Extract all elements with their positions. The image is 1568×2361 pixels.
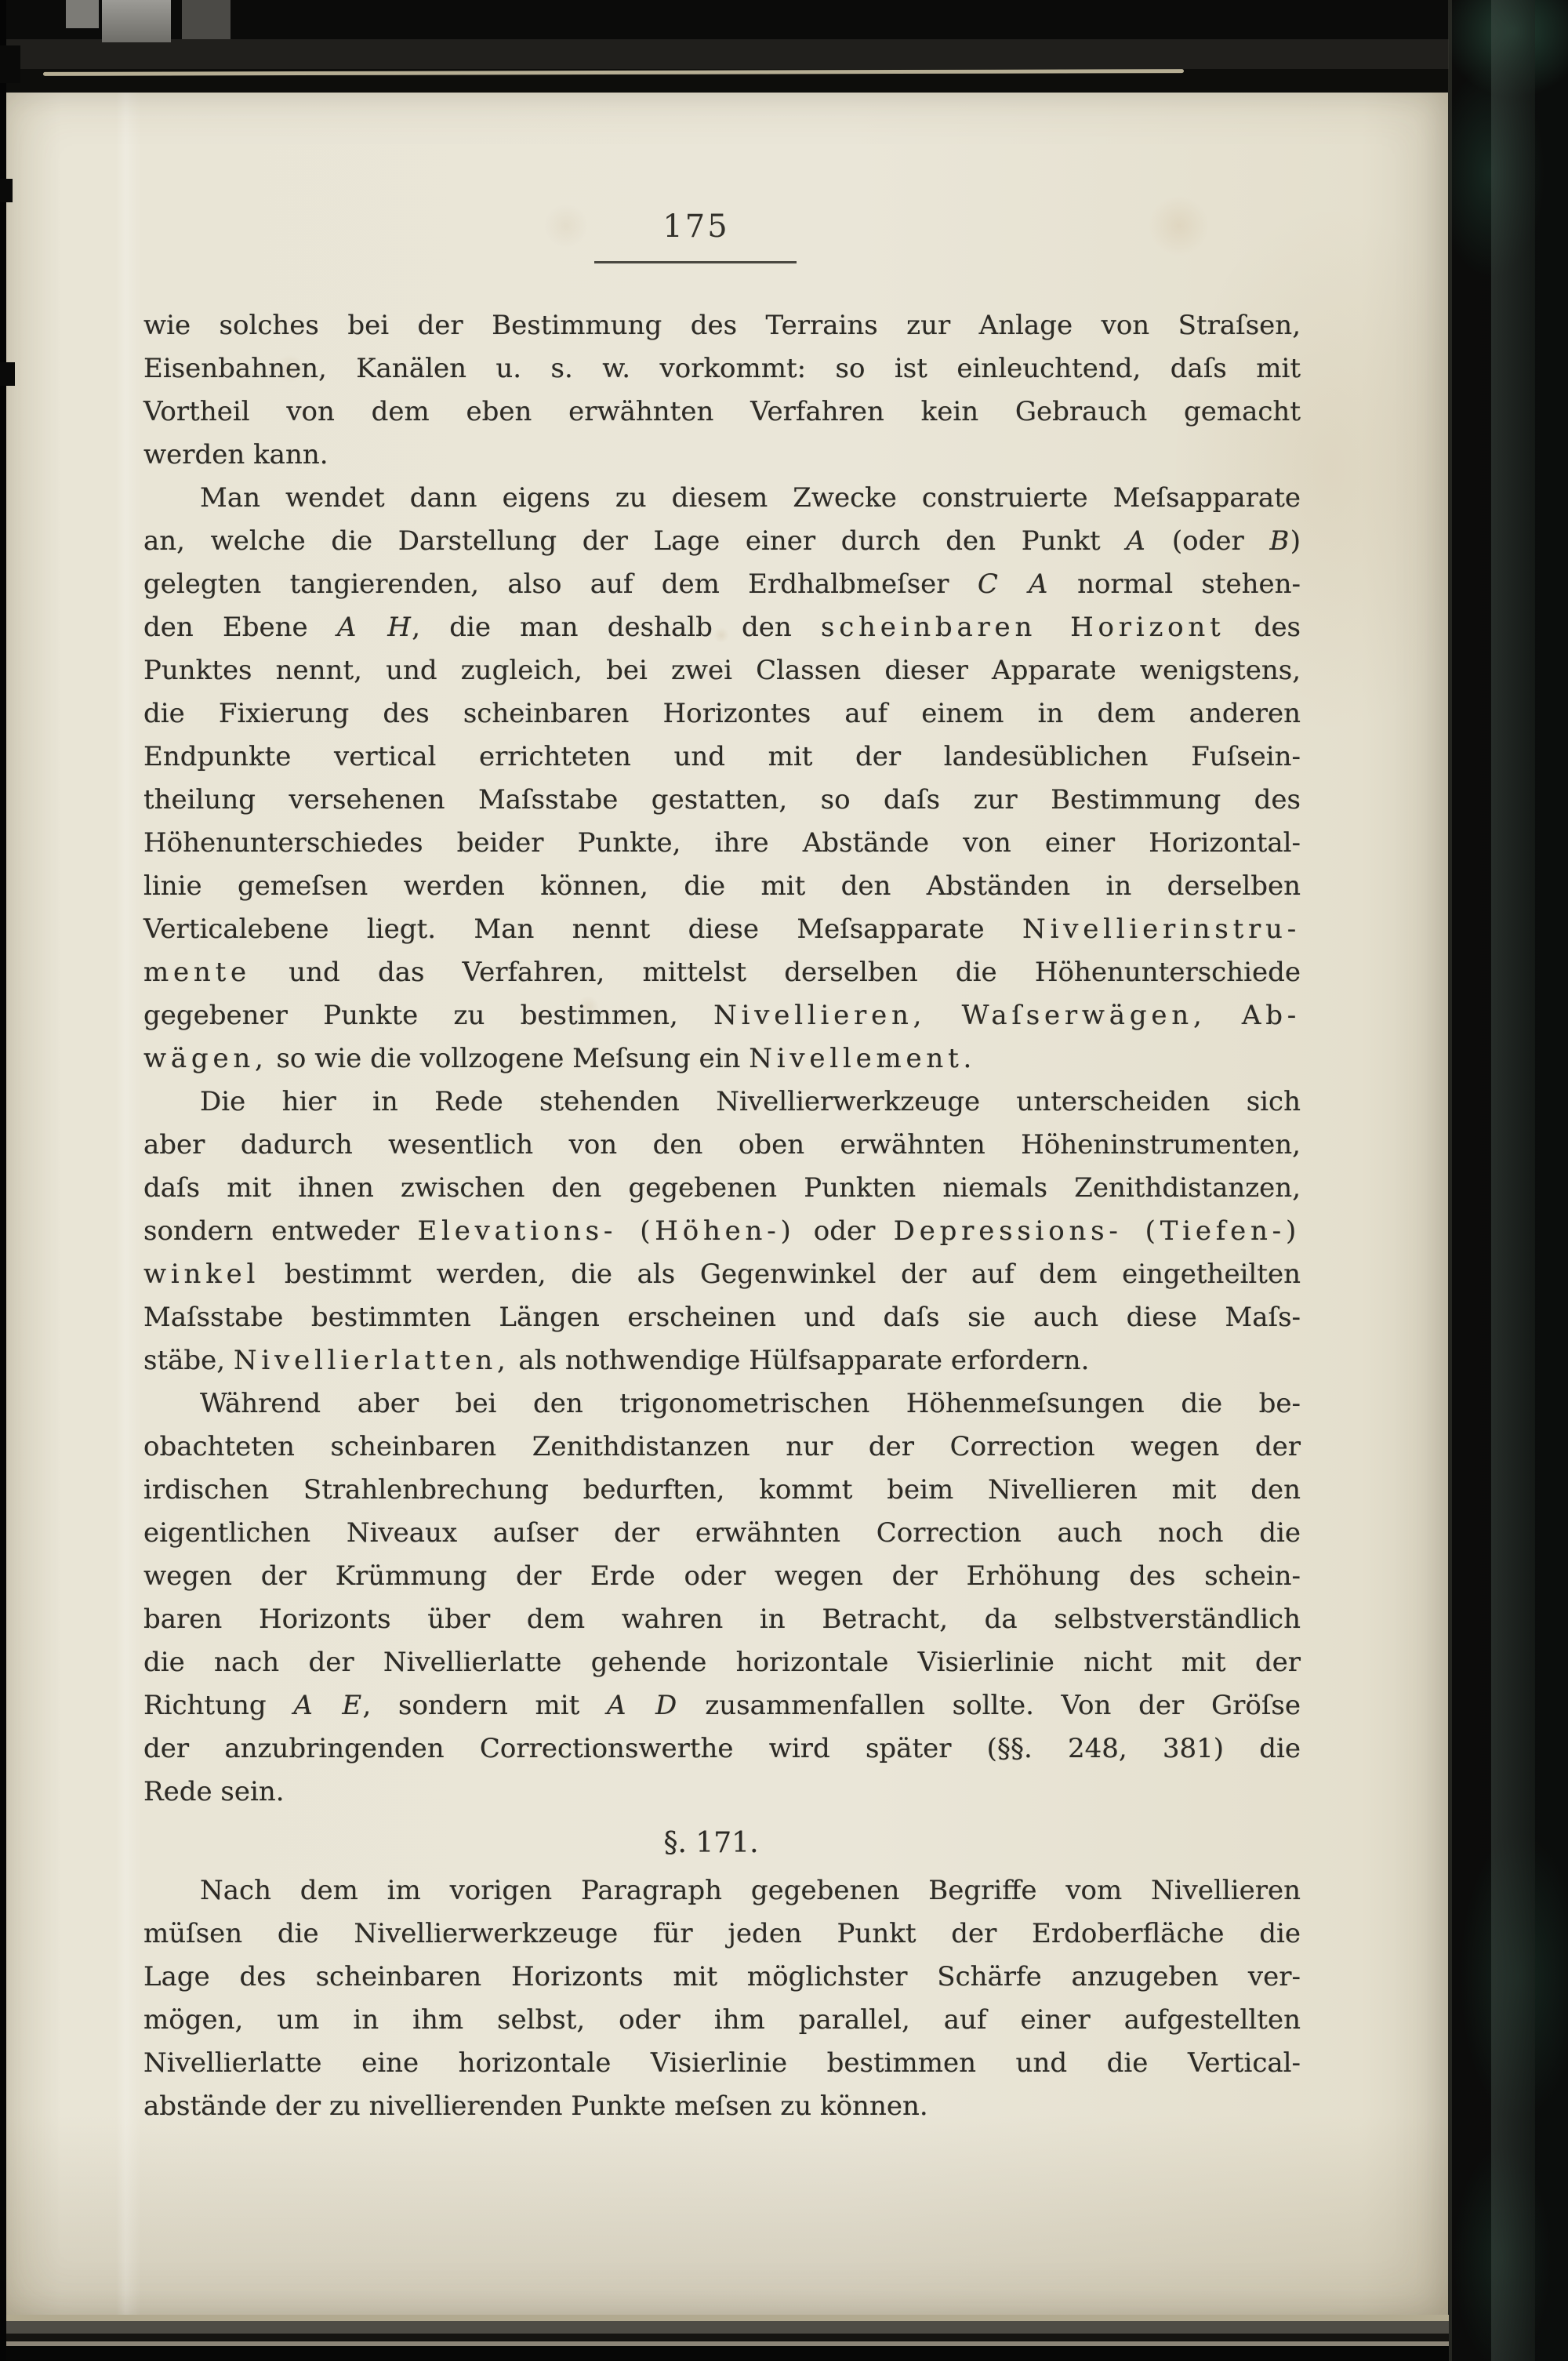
spaced-text-run: winkel	[143, 1259, 260, 1290]
book-cover-edge-right	[1448, 0, 1568, 2361]
text-run: die Fixierung des scheinbaren Horizontes…	[143, 698, 1301, 729]
paragraph: wie solches bei der Bestimmung des Terra…	[143, 304, 1301, 477]
text-run: irdischen Strahlenbrechung bedurften, ko…	[143, 1474, 1301, 1506]
text-run: daſs mit ihnen zwischen den gegebenen Pu…	[143, 1172, 1301, 1204]
text-run: (oder	[1146, 525, 1269, 557]
text-run: als nothwendige Hülfsapparate erfordern.	[510, 1345, 1090, 1376]
spaced-text-run: Ab-	[1242, 1000, 1301, 1031]
cover-marble-strip	[1491, 0, 1535, 2361]
math-term: A D	[607, 1690, 678, 1721]
spaced-text-run: Nivellierlatten,	[234, 1345, 510, 1376]
text-line: Nach dem im vorigen Paragraph gegebenen …	[143, 1869, 1301, 1912]
text-run: oder	[796, 1215, 894, 1247]
text-run: baren Horizonts über dem wahren in Betra…	[143, 1604, 1301, 1635]
text-line: stäbe, Nivellierlatten, als nothwendige …	[143, 1339, 1301, 1382]
text-run: der anzubringenden Correctionswerthe wir…	[143, 1733, 1301, 1764]
text-run: Rede sein.	[143, 1776, 285, 1807]
spaced-text-run: Waſserwägen,	[962, 1000, 1207, 1031]
text-run: Eisenbahnen, Kanälen u. s. w. vorkommt: …	[143, 353, 1301, 384]
paragraph: Während aber bei den trigonometrischen H…	[143, 1382, 1301, 1814]
page-stack-top	[0, 0, 1449, 93]
text-line: daſs mit ihnen zwischen den gegebenen Pu…	[143, 1167, 1301, 1210]
text-line: müſsen die Nivellierwerkzeuge für jeden …	[143, 1912, 1301, 1956]
text-line: abstände der zu nivellierenden Punkte me…	[143, 2085, 1301, 2128]
text-line: mente und das Verfahren, mittelst dersel…	[143, 951, 1301, 994]
text-block: wie solches bei der Bestimmung des Terra…	[143, 304, 1301, 2128]
math-term: B	[1269, 525, 1290, 557]
text-run: Nach dem im vorigen Paragraph gegebenen …	[200, 1875, 1301, 1906]
text-run: abstände der zu nivellierenden Punkte me…	[143, 2090, 928, 2122]
text-line: eigentlichen Niveaux auſser der erwähnte…	[143, 1512, 1301, 1555]
text-run: mögen, um in ihm selbst, oder ihm parall…	[143, 2004, 1301, 2036]
text-run: Punktes nennt, und zugleich, bei zwei Cl…	[143, 655, 1301, 686]
text-run: linie gemeſsen werden können, die mit de…	[143, 870, 1301, 902]
text-line: den Ebene A H, die man deshalb den schei…	[143, 606, 1301, 649]
text-line: theilung versehenen Maſsstabe gestatten,…	[143, 779, 1301, 822]
stacked-page-edge	[102, 0, 171, 42]
page-stack-bottom	[0, 2315, 1449, 2361]
text-run: werden kann.	[143, 439, 328, 470]
text-line: Höhenunterschiedes beider Punkte, ihre A…	[143, 822, 1301, 865]
text-line: Vortheil von dem eben erwähnten Verfahre…	[143, 390, 1301, 434]
text-run: wie solches bei der Bestimmung des Terra…	[143, 310, 1301, 341]
text-line: gegebener Punkte zu bestimmen, Nivellier…	[143, 994, 1301, 1037]
text-run: wegen der Krümmung der Erde oder wegen d…	[143, 1560, 1301, 1592]
text-line: die nach der Nivellierlatte gehende hori…	[143, 1641, 1301, 1684]
text-run: sondern entweder	[143, 1215, 417, 1247]
text-run: an, welche die Darstellung der Lage eine…	[143, 525, 1126, 557]
spaced-text-run: Depressions- (Tiefen-)	[894, 1215, 1301, 1247]
text-line: Punktes nennt, und zugleich, bei zwei Cl…	[143, 649, 1301, 692]
text-line: winkel bestimmt werden, die als Gegenwin…	[143, 1253, 1301, 1296]
spaced-text-run: mente	[143, 957, 251, 988]
text-run: müſsen die Nivellierwerkzeuge für jeden …	[143, 1918, 1301, 1949]
text-run: Vortheil von dem eben erwähnten Verfahre…	[143, 396, 1301, 427]
binding-mark	[0, 362, 15, 386]
math-term: A E	[293, 1690, 362, 1721]
paper-edge-shadow	[1448, 0, 1452, 2361]
text-line: werden kann.	[143, 434, 1301, 477]
text-run: Endpunkte vertical errichteten und mit d…	[143, 741, 1301, 772]
text-run: Lage des scheinbaren Horizonts mit mögli…	[143, 1961, 1301, 1992]
text-line: Die hier in Rede stehenden Nivellierwerk…	[143, 1081, 1301, 1124]
text-line: an, welche die Darstellung der Lage eine…	[143, 520, 1301, 563]
text-run: die nach der Nivellierlatte gehende hori…	[143, 1647, 1301, 1678]
text-line: mögen, um in ihm selbst, oder ihm parall…	[143, 1999, 1301, 2042]
page-edge-line	[43, 69, 1184, 76]
text-run: so wie die vollzogene Meſsung ein	[268, 1043, 750, 1074]
text-run: Höhenunterschiedes beider Punkte, ihre A…	[143, 827, 1301, 859]
binding-mark	[0, 45, 20, 83]
text-line: baren Horizonts über dem wahren in Betra…	[143, 1598, 1301, 1641]
text-line: Endpunkte vertical errichteten und mit d…	[143, 736, 1301, 779]
stacked-page-edge	[66, 0, 99, 28]
text-line: Eisenbahnen, Kanälen u. s. w. vorkommt: …	[143, 347, 1301, 390]
text-run: Richtung	[143, 1690, 293, 1721]
text-run: und das Verfahren, mittelst derselben di…	[251, 957, 1301, 988]
text-run: des	[1225, 612, 1301, 643]
text-run: , die man deshalb den	[412, 612, 821, 643]
math-term: C A	[978, 568, 1049, 600]
text-line: Nivellierlatte eine horizontale Visierli…	[143, 2042, 1301, 2085]
text-run: bestimmt werden, die als Gegenwinkel der…	[260, 1259, 1301, 1290]
text-run: aber dadurch wesentlich von den oben erw…	[143, 1129, 1301, 1161]
text-line: der anzubringenden Correctionswerthe wir…	[143, 1727, 1301, 1771]
paragraph: Nach dem im vorigen Paragraph gegebenen …	[143, 1869, 1301, 2128]
text-line: Rede sein.	[143, 1771, 1301, 1814]
text-line: Lage des scheinbaren Horizonts mit mögli…	[143, 1956, 1301, 1999]
text-line: Maſsstabe bestimmten Längen erscheinen u…	[143, 1296, 1301, 1339]
spaced-text-run: Elevations- (Höhen-)	[417, 1215, 795, 1247]
page-number-rule	[594, 261, 797, 263]
section-heading: §. 171.	[132, 1822, 1290, 1865]
text-line: sondern entweder Elevations- (Höhen-) od…	[143, 1210, 1301, 1253]
text-line: irdischen Strahlenbrechung bedurften, ko…	[143, 1469, 1301, 1512]
text-line: Richtung A E, sondern mit A D zusammenfa…	[143, 1684, 1301, 1727]
text-line: Man wendet dann eigens zu diesem Zwecke …	[143, 477, 1301, 520]
paragraph: Man wendet dann eigens zu diesem Zwecke …	[143, 477, 1301, 1081]
text-run: gegebener Punkte zu bestimmen,	[143, 1000, 713, 1031]
text-run: normal stehen-	[1049, 568, 1301, 600]
text-run	[926, 1000, 961, 1031]
text-line: Während aber bei den trigonometrischen H…	[143, 1382, 1301, 1426]
text-run: den Ebene	[143, 612, 337, 643]
text-run: Maſsstabe bestimmten Längen erscheinen u…	[143, 1302, 1301, 1333]
text-line: die Fixierung des scheinbaren Horizontes…	[143, 692, 1301, 736]
math-term: A	[1126, 525, 1146, 557]
text-run: obachteten scheinbaren Zenithdistanzen n…	[143, 1431, 1301, 1462]
spaced-text-run: Nivellieren,	[713, 1000, 926, 1031]
spaced-text-run: Nivellement	[749, 1043, 963, 1074]
text-run: )	[1290, 525, 1301, 557]
text-line: linie gemeſsen werden können, die mit de…	[143, 865, 1301, 908]
text-line: wie solches bei der Bestimmung des Terra…	[143, 304, 1301, 347]
text-run: Die hier in Rede stehenden Nivellierwerk…	[200, 1086, 1301, 1117]
math-term: A H	[337, 612, 412, 643]
text-line: wegen der Krümmung der Erde oder wegen d…	[143, 1555, 1301, 1598]
text-run: gelegten tangierenden, also auf dem Erdh…	[143, 568, 978, 600]
text-run: stäbe,	[143, 1345, 234, 1376]
scan-edge-left	[0, 0, 6, 2361]
page-number: 175	[118, 209, 1275, 245]
text-run: Verticalebene liegt. Man nennt diese Meſ…	[143, 914, 1022, 945]
text-run: .	[964, 1043, 972, 1074]
text-line: aber dadurch wesentlich von den oben erw…	[143, 1124, 1301, 1167]
text-run: Während aber bei den trigonometrischen H…	[200, 1388, 1301, 1419]
text-run: eigentlichen Niveaux auſser der erwähnte…	[143, 1517, 1301, 1549]
binding-mark	[0, 179, 13, 202]
text-run: Man wendet dann eigens zu diesem Zwecke …	[200, 482, 1301, 514]
text-line: Verticalebene liegt. Man nennt diese Meſ…	[143, 908, 1301, 951]
spaced-text-run: Nivellierinstru-	[1022, 914, 1301, 945]
paragraph: Die hier in Rede stehenden Nivellierwerk…	[143, 1081, 1301, 1382]
stacked-page-edge	[182, 0, 230, 39]
text-line: wägen, so wie die vollzogene Meſsung ein…	[143, 1037, 1301, 1081]
text-line: obachteten scheinbaren Zenithdistanzen n…	[143, 1426, 1301, 1469]
text-run: theilung versehenen Maſsstabe gestatten,…	[143, 784, 1301, 815]
spaced-text-run: scheinbaren Horizont	[821, 612, 1225, 643]
text-run: zusammenfallen sollte. Von der Gröſse	[678, 1690, 1301, 1721]
text-line: gelegten tangierenden, also auf dem Erdh…	[143, 563, 1301, 606]
spaced-text-run: wägen,	[143, 1043, 268, 1074]
text-run	[1207, 1000, 1242, 1031]
text-run: Nivellierlatte eine horizontale Visierli…	[143, 2047, 1301, 2079]
text-run: , sondern mit	[363, 1690, 608, 1721]
